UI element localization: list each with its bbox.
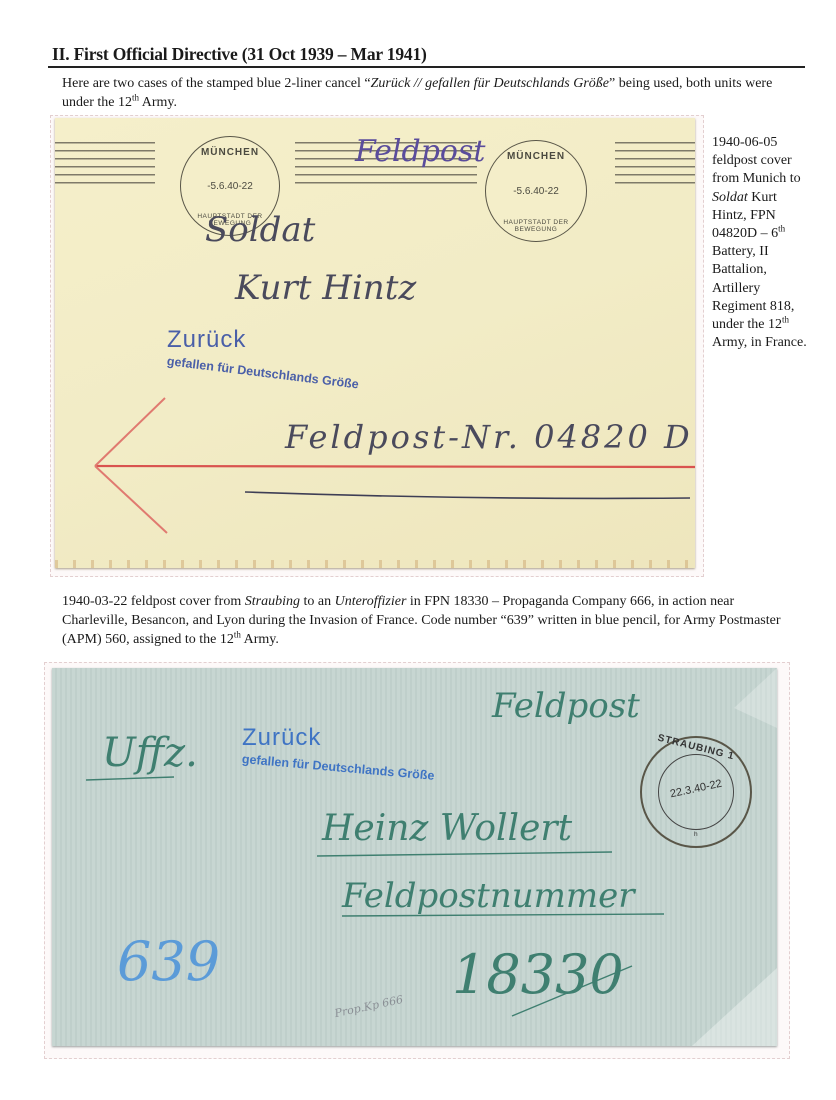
cover-munich: MÜNCHEN -5.6.40-22 HAUPTSTADT DER BEWEGU…	[55, 118, 695, 568]
cover-1-caption: 1940-06-05 feldpost cover from Munich to…	[712, 134, 812, 352]
intro-text: Here are two cases of the stamped blue 2…	[62, 76, 371, 91]
handwriting-underlines	[52, 668, 777, 1046]
red-arrow-icon	[55, 118, 695, 568]
cover-2-caption: 1940-03-22 feldpost cover from Straubing…	[62, 592, 802, 649]
title-rule	[48, 66, 805, 68]
paper-foxing	[55, 560, 695, 568]
section-title: II. First Official Directive (31 Oct 193…	[52, 44, 427, 65]
intro-text: Army.	[139, 95, 177, 110]
cover-straubing: Uffz. Feldpost Heinz Wollert Feldpostnum…	[52, 668, 777, 1046]
intro-paragraph: Here are two cases of the stamped blue 2…	[62, 74, 802, 112]
cancel-quote: Zurück // gefallen für Deutschlands Größ…	[371, 76, 609, 91]
ordinal-suffix: th	[132, 92, 139, 102]
